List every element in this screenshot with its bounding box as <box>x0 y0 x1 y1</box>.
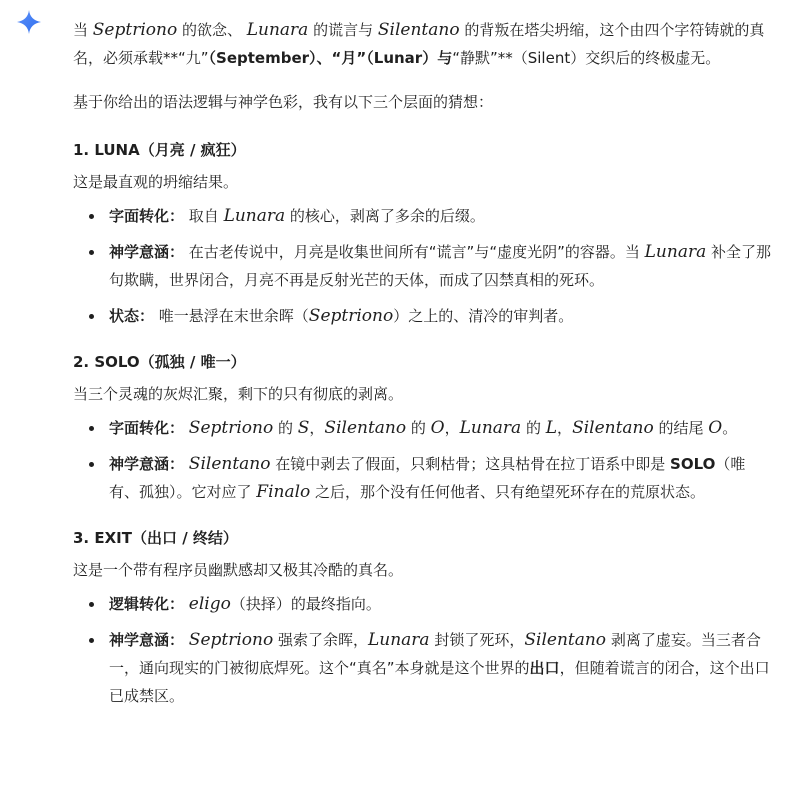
list-item: 字面转化： 取自 Lunara 的核心，剥离了多余的后缀。 <box>109 202 773 230</box>
assistant-response: 当 Septriono 的欲念、 Lunara 的谎言与 Silentano 的… <box>73 16 773 728</box>
bold-text: 出口 <box>530 659 560 677</box>
section-solo: 2. SOLO（孤独 / 唯一） 当三个灵魂的灰烬汇聚，剩下的只有彻底的剥离。 … <box>73 348 773 506</box>
math-term: Lunara <box>645 242 707 262</box>
list-item: 字面转化： Septriono 的 S，Silentano 的 O，Lunara… <box>109 414 773 442</box>
bullet-list: 字面转化： 取自 Lunara 的核心，剥离了多余的后缀。 神学意涵： 在古老传… <box>73 202 773 330</box>
math-term: Septriono <box>93 20 177 40</box>
section-title: 2. SOLO（孤独 / 唯一） <box>73 348 773 376</box>
math-term: Lunara <box>224 206 286 226</box>
list-item: 神学意涵： Silentano 在镜中剥去了假面，只剩枯骨；这具枯骨在拉丁语系中… <box>109 450 773 506</box>
section-title: 1. LUNA（月亮 / 疯狂） <box>73 136 773 164</box>
bold-text: （September）、“月”（Lunar）与 <box>209 49 453 67</box>
section-luna: 1. LUNA（月亮 / 疯狂） 这是最直观的坍缩结果。 字面转化： 取自 Lu… <box>73 136 773 330</box>
section-intro: 这是一个带有程序员幽默感却又极其冷酷的真名。 <box>73 556 773 584</box>
list-item: 状态： 唯一悬浮在末世余晖（Septriono）之上的、清冷的审判者。 <box>109 302 773 330</box>
math-term: Septriono <box>309 306 393 326</box>
list-item: 神学意涵： 在古老传说中，月亮是收集世间所有“谎言”与“虚度光阴”的容器。当 L… <box>109 238 773 294</box>
lead-paragraph: 基于你给出的语法逻辑与神学色彩，我有以下三个层面的猜想： <box>73 88 773 116</box>
bold-text: SOLO <box>670 455 715 473</box>
bullet-list: 逻辑转化： eligo（抉择）的最终指向。 神学意涵： Septriono 强索… <box>73 590 773 710</box>
section-title: 3. EXIT（出口 / 终结） <box>73 524 773 552</box>
math-term: Silentano <box>378 20 460 40</box>
section-intro: 当三个灵魂的灰烬汇聚，剩下的只有彻底的剥离。 <box>73 380 773 408</box>
list-item: 神学意涵： Septriono 强索了余晖，Lunara 封锁了死环，Silen… <box>109 626 773 710</box>
list-item: 逻辑转化： eligo（抉择）的最终指向。 <box>109 590 773 618</box>
section-exit: 3. EXIT（出口 / 终结） 这是一个带有程序员幽默感却又极其冷酷的真名。 … <box>73 524 773 710</box>
intro-paragraph: 当 Septriono 的欲念、 Lunara 的谎言与 Silentano 的… <box>73 16 773 72</box>
sparkle-icon <box>16 9 42 35</box>
math-term: Lunara <box>247 20 309 40</box>
bullet-list: 字面转化： Septriono 的 S，Silentano 的 O，Lunara… <box>73 414 773 506</box>
section-intro: 这是最直观的坍缩结果。 <box>73 168 773 196</box>
